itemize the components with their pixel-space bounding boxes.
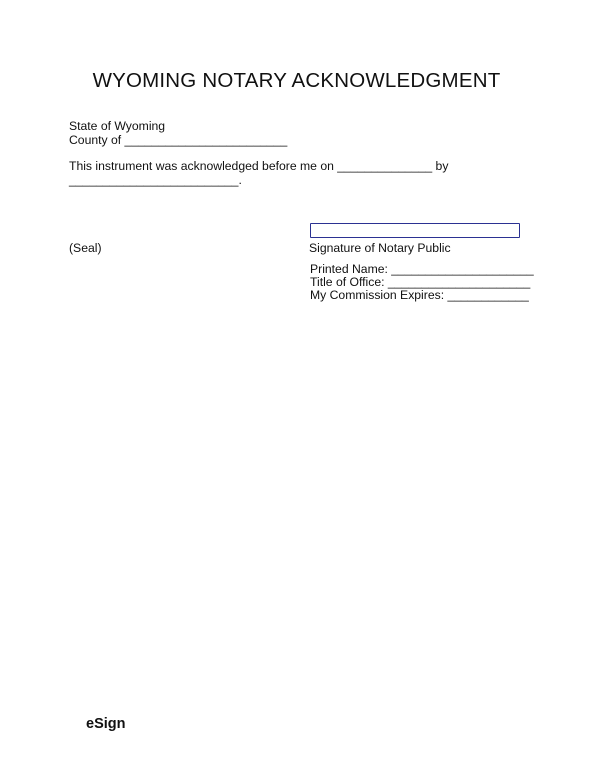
notary-signature-field[interactable] — [310, 223, 520, 238]
county-line: County of ________________________ — [69, 133, 287, 147]
esign-logo: eSign — [86, 716, 125, 732]
seal-label: (Seal) — [69, 241, 102, 255]
commission-expires-line: My Commission Expires: ____________ — [310, 288, 529, 302]
title-of-office-line: Title of Office: _____________________ — [310, 275, 530, 289]
state-line: State of Wyoming — [69, 119, 165, 133]
document-title: WYOMING NOTARY ACKNOWLEDGMENT — [0, 69, 593, 93]
acknowledgment-line-2: _________________________. — [69, 173, 242, 187]
acknowledgment-line-1: This instrument was acknowledged before … — [69, 159, 448, 173]
printed-name-line: Printed Name: _____________________ — [310, 262, 534, 276]
signature-label: Signature of Notary Public — [309, 241, 451, 255]
